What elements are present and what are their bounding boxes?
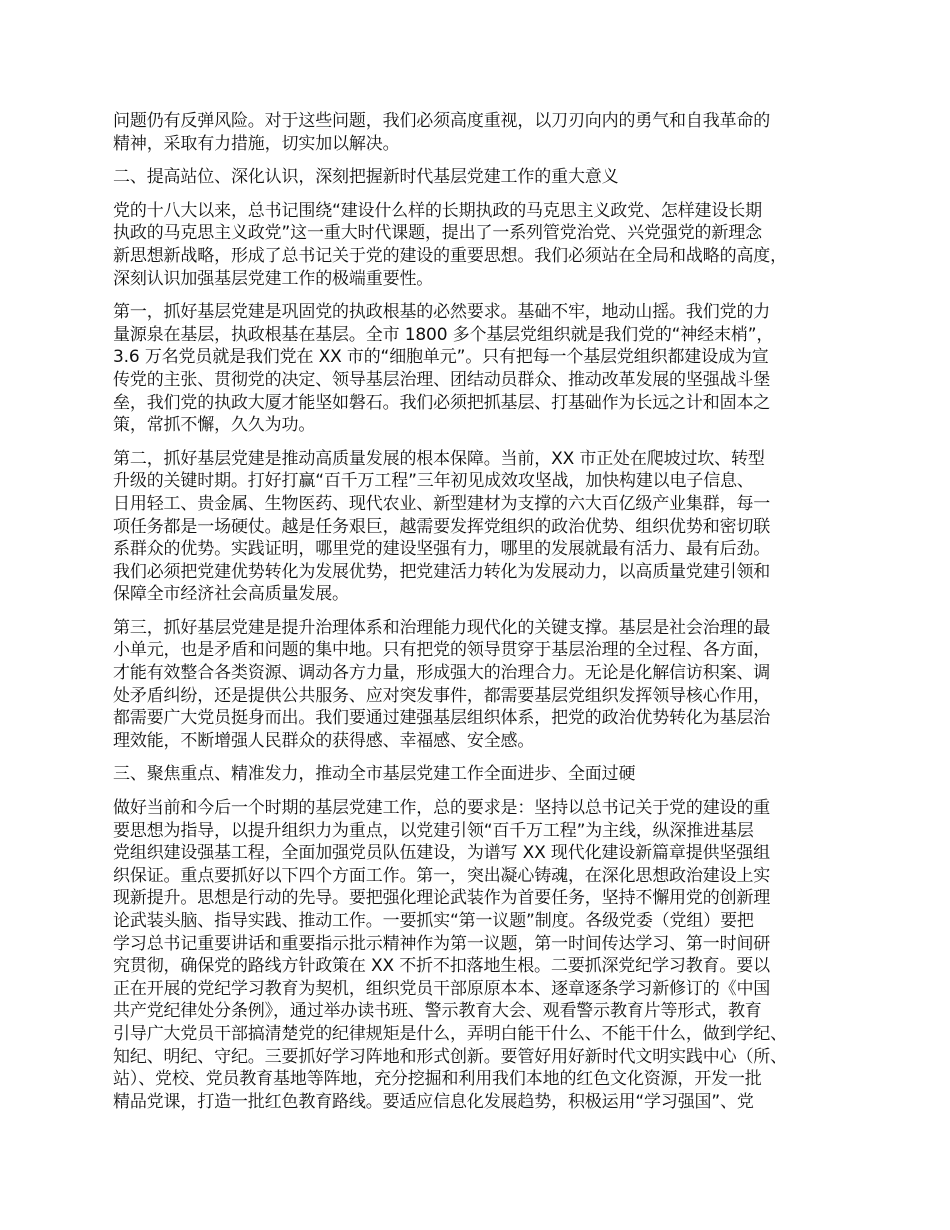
text-line: 引导广大党员干部搞清楚党的纪律规矩是什么，弄明白能干什么、不能干什么，做到学纪、	[113, 1023, 858, 1046]
text-line: 处矛盾纠纷，还是提供公共服务、应对突发事件，都需要基层党组织发挥领导核心作用，	[113, 685, 858, 708]
text-line: 党的十八大以来，总书记围绕“建设什么样的长期执政的马克思主义政党、怎样建设长期	[113, 200, 858, 223]
text-line: 第三，抓好基层党建是提升治理体系和治理能力现代化的关键支撑。基层是社会治理的最	[113, 617, 858, 640]
text-line: 理效能，不断增强人民群众的获得感、幸福感、安全感。	[113, 730, 858, 753]
text-line: 精神，采取有力措施，切实加以解决。	[113, 133, 858, 156]
text-line: 3.6 万名党员就是我们党在 XX 市的“细胞单元”。只有把每一个基层党组织都建…	[113, 346, 858, 369]
text-line: 才能有效整合各类资源、调动各方力量，形成强大的治理合力。无论是化解信访积案、调	[113, 662, 858, 685]
paragraph-point-third: 第三，抓好基层党建是提升治理体系和治理能力现代化的关键支撑。基层是社会治理的最 …	[113, 617, 858, 753]
paragraph-intro-tail: 问题仍有反弹风险。对于这些问题，我们必须高度重视，以刀刃向内的勇气和自我革命的 …	[113, 110, 858, 155]
text-line: 精品党课，打造一批红色教育路线。要适应信息化发展趋势，积极运用“学习强国”、党	[113, 1091, 858, 1114]
paragraph-point-second: 第二，抓好基层党建是推动高质量发展的根本保障。当前，XX 市正处在爬坡过坎、转型…	[113, 448, 858, 606]
text-line: 学习总书记重要讲话和重要指示批示精神作为第一议题，第一时间传达学习、第一时间研	[113, 933, 858, 956]
heading-text: 二、提高站位、深化认识，深刻把握新时代基层党建工作的重大意义	[113, 166, 858, 189]
text-line: 要思想为指导，以提升组织力为重点，以党建引领“百千万工程”为主线，纵深推进基层	[113, 820, 858, 843]
text-line: 现新提升。思想是行动的先导。要把强化理论武装作为首要任务，坚持不懈用党的创新理	[113, 887, 858, 910]
text-line: 第二，抓好基层党建是推动高质量发展的根本保障。当前，XX 市正处在爬坡过坎、转型	[113, 448, 858, 471]
text-line: 党组织建设强基工程，全面加强党员队伍建设，为谱写 XX 现代化建设新篇章提供坚强…	[113, 842, 858, 865]
text-line: 项任务都是一场硬仗。越是任务艰巨，越需要发挥党组织的政治优势、组织优势和密切联	[113, 516, 858, 539]
text-line: 小单元，也是矛盾和问题的集中地。只有把党的领导贯穿于基层治理的全过程、各方面，	[113, 639, 858, 662]
text-line: 知纪、明纪、守纪。三要抓好学习阵地和形式创新。要管好用好新时代文明实践中心（所、	[113, 1046, 858, 1069]
text-line: 垒，我们党的执政大厦才能坚如磐石。我们必须把抓基层、打基础作为长远之计和固本之	[113, 392, 858, 415]
text-line: 站）、党校、党员教育基地等阵地，充分挖掘和利用我们本地的红色文化资源，开发一批	[113, 1068, 858, 1091]
paragraph-point-first: 第一，抓好基层党建是巩固党的执政根基的必然要求。基础不牢，地动山摇。我们党的力 …	[113, 301, 858, 437]
text-line: 保障全市经济社会高质量发展。	[113, 583, 858, 606]
section-heading-2: 二、提高站位、深化认识，深刻把握新时代基层党建工作的重大意义	[113, 166, 858, 189]
text-line: 新思想新战略，形成了总书记关于党的建设的重要思想。我们必须站在全局和战略的高度，	[113, 245, 858, 268]
text-line: 正在开展的党纪学习教育为契机，组织党员干部原原本本、逐章逐条学习新修订的《中国	[113, 978, 858, 1001]
text-line: 我们必须把党建优势转化为发展优势，把党建活力转化为发展动力，以高质量党建引领和	[113, 561, 858, 584]
text-line: 问题仍有反弹风险。对于这些问题，我们必须高度重视，以刀刃向内的勇气和自我革命的	[113, 110, 858, 133]
text-line: 系群众的优势。实践证明，哪里党的建设坚强有力，哪里的发展就最有活力、最有后劲。	[113, 538, 858, 561]
text-line: 传党的主张、贯彻党的决定、领导基层治理、团结动员群众、推动改革发展的坚强战斗堡	[113, 369, 858, 392]
text-line: 织保证。重点要抓好以下四个方面工作。第一，突出凝心铸魂，在深化思想政治建设上实	[113, 865, 858, 888]
text-line: 量源泉在基层，执政根基在基层。全市 1800 多个基层党组织就是我们党的“神经末…	[113, 324, 858, 347]
paragraph-section3-body: 做好当前和今后一个时期的基层党建工作，总的要求是：坚持以总书记关于党的建设的重 …	[113, 797, 858, 1113]
text-line: 策，常抓不懈，久久为功。	[113, 414, 858, 437]
document-page: 问题仍有反弹风险。对于这些问题，我们必须高度重视，以刀刃向内的勇气和自我革命的 …	[113, 110, 858, 1124]
heading-text: 三、聚焦重点、精准发力，推动全市基层党建工作全面进步、全面过硬	[113, 763, 858, 786]
text-line: 都需要广大党员挺身而出。我们要通过建强基层组织体系，把党的政治优势转化为基层治	[113, 707, 858, 730]
text-line: 日用轻工、贵金属、生物医药、现代农业、新型建材为支撑的六大百亿级产业集群，每一	[113, 493, 858, 516]
text-line: 深刻认识加强基层党建工作的极端重要性。	[113, 268, 858, 291]
text-line: 做好当前和今后一个时期的基层党建工作，总的要求是：坚持以总书记关于党的建设的重	[113, 797, 858, 820]
text-line: 究贯彻，确保党的路线方针政策在 XX 不折不扣落地生根。二要抓深党纪学习教育。要…	[113, 955, 858, 978]
text-line: 执政的马克思主义政党”这一重大时代课题，提出了一系列管党治党、兴党强党的新理念	[113, 222, 858, 245]
text-line: 升级的关键时期。打好打赢“百千万工程”三年初见成效攻坚战，加快构建以电子信息、	[113, 470, 858, 493]
text-line: 论武装头脑、指导实践、推动工作。一要抓实“第一议题”制度。各级党委（党组）要把	[113, 910, 858, 933]
paragraph-section2-intro: 党的十八大以来，总书记围绕“建设什么样的长期执政的马克思主义政党、怎样建设长期 …	[113, 200, 858, 290]
text-line: 共产党纪律处分条例》，通过举办读书班、警示教育大会、观看警示教育片等形式，教育	[113, 1000, 858, 1023]
section-heading-3: 三、聚焦重点、精准发力，推动全市基层党建工作全面进步、全面过硬	[113, 763, 858, 786]
text-line: 第一，抓好基层党建是巩固党的执政根基的必然要求。基础不牢，地动山摇。我们党的力	[113, 301, 858, 324]
